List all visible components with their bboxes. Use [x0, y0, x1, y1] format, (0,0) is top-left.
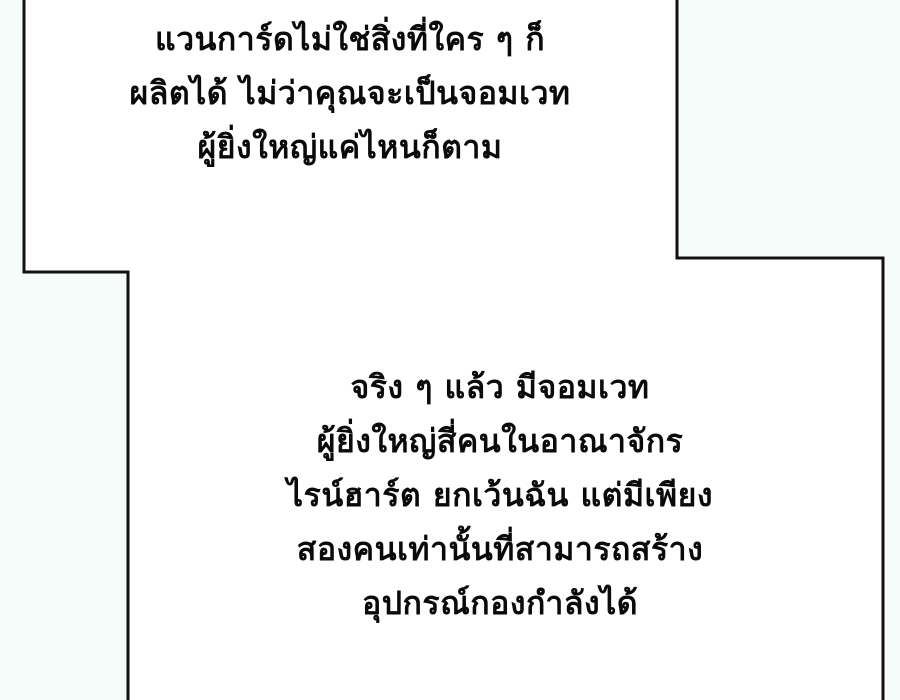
narration-text-top: แวนการ์ดไม่ใช่สิ่งที่ใคร ๆ ก็ ผลิตได้ ไม…: [60, 12, 640, 174]
narration-text-bottom: จริง ๆ แล้ว มีจอมเวท ผู้ยิ่งใหญ่สี่คนในอ…: [200, 360, 800, 630]
narration-line: ไรน์ฮาร์ต ยกเว้นฉัน แต่มีเพียง: [200, 468, 800, 522]
narration-line: ผู้ยิ่งใหญ่สี่คนในอาณาจักร: [200, 414, 800, 468]
narration-line: ผู้ยิ่งใหญ่แค่ไหนก็ตาม: [60, 120, 640, 174]
narration-line: สองคนเท่านั้นที่สามารถสร้าง: [200, 522, 800, 576]
narration-line: แวนการ์ดไม่ใช่สิ่งที่ใคร ๆ ก็: [60, 12, 640, 66]
narration-line: จริง ๆ แล้ว มีจอมเวท: [200, 360, 800, 414]
narration-line: อุปกรณ์กองกำลังได้: [200, 576, 800, 630]
comic-page: แวนการ์ดไม่ใช่สิ่งที่ใคร ๆ ก็ ผลิตได้ ไม…: [0, 0, 900, 700]
narration-line: ผลิตได้ ไม่ว่าคุณจะเป็นจอมเวท: [60, 66, 640, 120]
